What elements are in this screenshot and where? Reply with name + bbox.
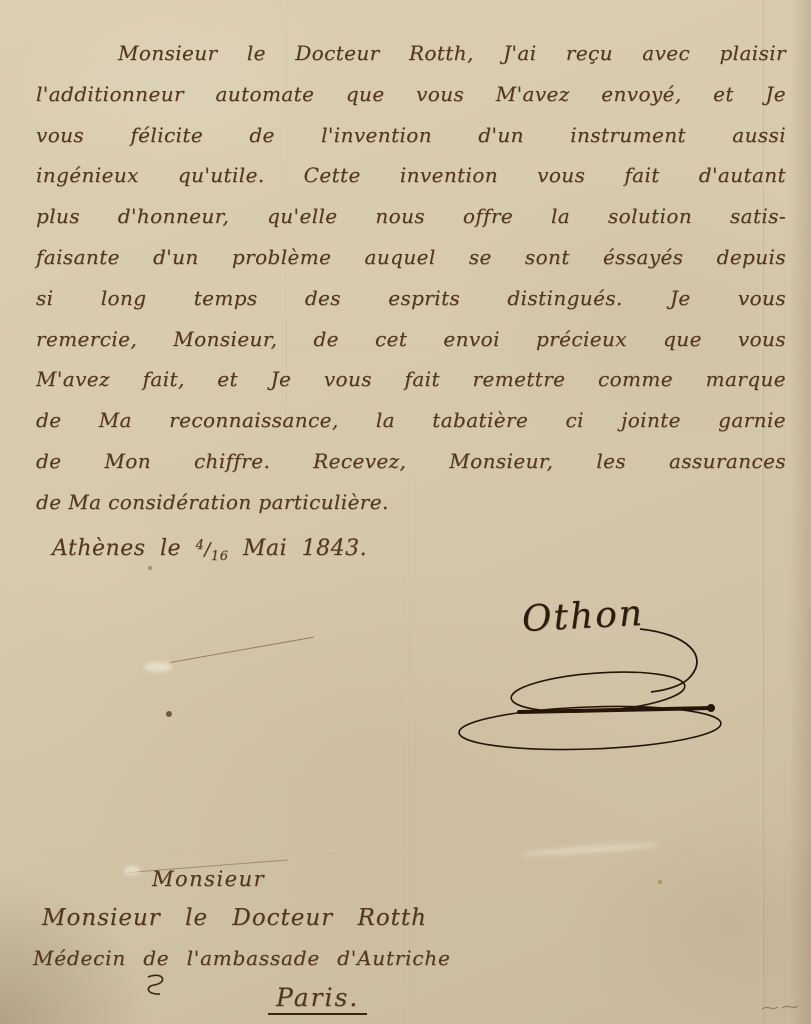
letter-line: Monsieur le Docteur Rotth, J'ai reçu ave… bbox=[36, 33, 786, 74]
address-title: Médecin de l'ambassade d'Autriche bbox=[33, 946, 451, 970]
address-city: Paris. bbox=[268, 983, 367, 1015]
ink-stain bbox=[166, 711, 172, 717]
paper-edge-shadow bbox=[789, 0, 811, 1024]
ink-stain bbox=[148, 566, 152, 570]
letter-line: M'avez fait, et Je vous fait remettre co… bbox=[36, 359, 786, 400]
letter-line: de Ma reconnaissance, la tabatière ci jo… bbox=[36, 400, 786, 441]
light-streak bbox=[520, 841, 660, 858]
dateline-place: Athènes le bbox=[52, 536, 181, 561]
ink-stain bbox=[658, 880, 662, 884]
letter-line: faisante d'un problème auquel se sont és… bbox=[36, 237, 786, 278]
letter-photograph: Monsieur le Docteur Rotth, J'ai reçu ave… bbox=[0, 0, 811, 1024]
date-new-style: 16 bbox=[211, 549, 229, 564]
signature: Othon bbox=[521, 593, 645, 640]
signature-flourish bbox=[445, 616, 745, 766]
letter-line: de Ma considération particulière. bbox=[36, 482, 786, 523]
letter-line: si long temps des esprits distingués. Je… bbox=[36, 278, 786, 319]
fraction-slash: / bbox=[204, 539, 211, 560]
address-salutation: Monsieur bbox=[152, 867, 265, 891]
dateline: Athènes le 4/16 Mai 1843. bbox=[52, 536, 367, 564]
letter-line: ingénieux qu'utile. Cette invention vous… bbox=[36, 155, 786, 196]
letter-body: Monsieur le Docteur Rotth, J'ai reçu ave… bbox=[36, 33, 786, 523]
letter-line: remercie, Monsieur, de cet envoi précieu… bbox=[36, 319, 786, 360]
letter-line: de Mon chiffre. Recevez, Monsieur, les a… bbox=[36, 441, 786, 482]
fold-crease-horizontal-lower bbox=[0, 852, 811, 854]
corner-annotation bbox=[760, 1000, 800, 1014]
pen-flourish bbox=[142, 972, 176, 998]
dateline-month-year: Mai 1843. bbox=[243, 536, 367, 561]
letter-line: l'additionneur automate que vous M'avez … bbox=[36, 74, 786, 115]
light-streak bbox=[144, 662, 172, 672]
date-fraction: 4/16 bbox=[196, 538, 229, 564]
scratch-mark bbox=[170, 637, 314, 663]
letter-line: vous félicite de l'invention d'un instru… bbox=[36, 115, 786, 156]
address-recipient: Monsieur le Docteur Rotth bbox=[42, 905, 427, 931]
light-streak bbox=[124, 866, 140, 875]
letter-line: plus d'honneur, qu'elle nous offre la so… bbox=[36, 196, 786, 237]
fold-crease-vertical-center bbox=[407, 470, 410, 1024]
